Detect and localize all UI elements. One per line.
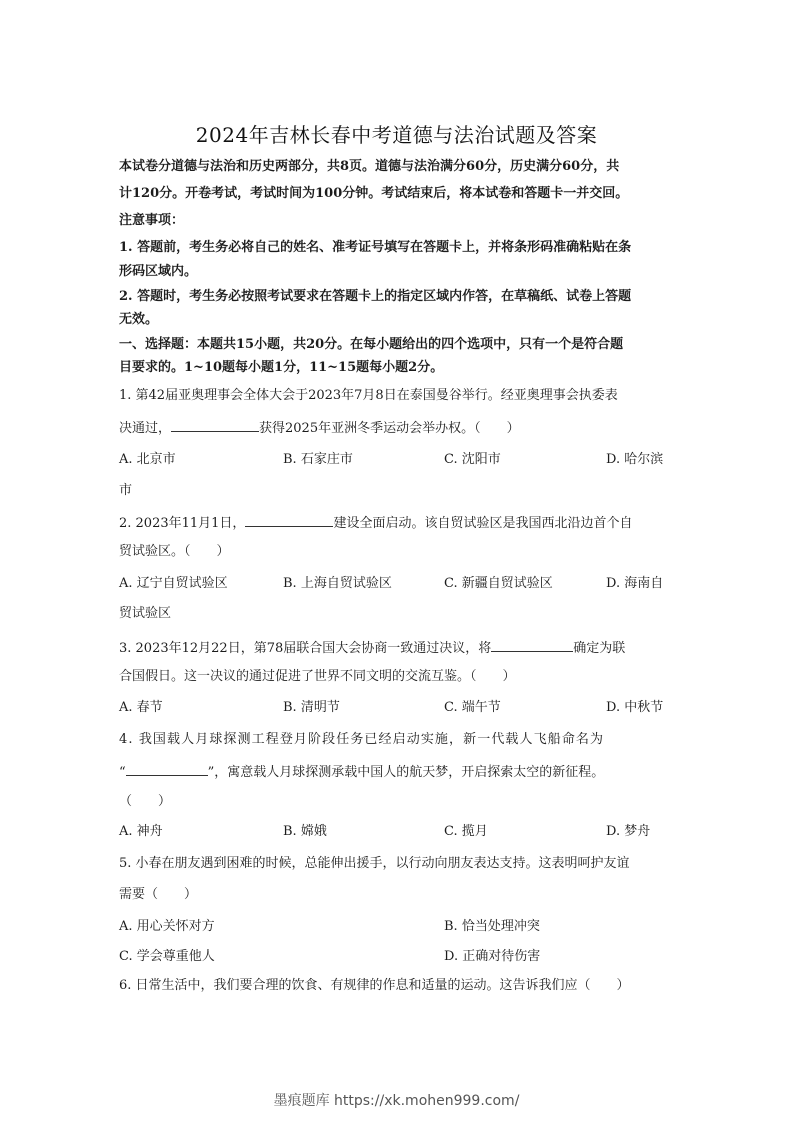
- question-3-line-1: 3. 2023年12月22日，第78届联合国大会协商一致通过决议，将确定为联: [119, 638, 679, 658]
- option-b: B. 恰当处理冲突: [444, 918, 540, 936]
- question-5-line-2: 需要（ ）: [119, 886, 679, 904]
- exam-page: 2024年吉林长春中考道德与法治试题及答案 本试卷分道德与法治和历史两部分，共8…: [0, 0, 793, 1122]
- question-1-line-1: 1. 第42届亚奥理事会全体大会于2023年7月8日在泰国曼谷举行。经亚奥理事会…: [119, 387, 679, 405]
- page-title: 2024年吉林长春中考道德与法治试题及答案: [0, 121, 793, 149]
- question-2-text-before-blank: 2. 2023年11月1日，: [119, 516, 245, 531]
- option-d-wrap: 市: [119, 482, 132, 500]
- option-a: A. 春节: [119, 699, 163, 717]
- option-d: D. 哈尔滨: [606, 451, 663, 469]
- section-heading-line-1: 一、选择题：本题共15小题，共20分。在每小题给出的四个选项中，只有一个是符合题: [119, 336, 679, 354]
- section-heading-line-2: 目要求的。1~10题每小题1分，11~15题每小题2分。: [119, 359, 679, 377]
- option-a: A. 神舟: [119, 823, 163, 841]
- intro-line-2: 计120分。开卷考试，考试时间为100分钟。考试结束后，将本试卷和答题卡一并交回…: [119, 185, 679, 203]
- option-b: B. 嫦娥: [283, 823, 327, 841]
- question-4-line-2: “”，寓意载人月球探测承载中国人的航天梦，开启探索太空的新征程。: [119, 762, 679, 782]
- question-3-line-2: 合国假日。这一决议的通过促进了世界不同文明的交流互鉴。（ ）: [119, 668, 679, 686]
- note-1-line-2: 形码区域内。: [119, 263, 679, 281]
- question-4-line-3: （ ）: [119, 793, 679, 811]
- option-d: D. 正确对待伤害: [444, 948, 540, 966]
- option-c: C. 学会尊重他人: [119, 948, 215, 966]
- question-4-line-1: 4. 我国载人月球探测工程登月阶段任务已经启动实施，新一代载人飞船命名为: [119, 731, 679, 749]
- option-b: B. 上海自贸试验区: [283, 575, 392, 593]
- answer-blank: [491, 638, 573, 652]
- answer-blank: [245, 513, 333, 527]
- question-1-text-before-blank: 决通过，: [119, 421, 171, 436]
- question-3-text-after-blank: 确定为联: [573, 641, 625, 656]
- option-d: D. 海南自: [606, 575, 663, 593]
- question-3-text-before-blank: 3. 2023年12月22日，第78届联合国大会协商一致通过决议，将: [119, 641, 491, 656]
- option-a: A. 北京市: [119, 451, 176, 469]
- option-b: B. 石家庄市: [283, 451, 353, 469]
- option-c: C. 沈阳市: [444, 451, 501, 469]
- option-d-wrap: 贸试验区: [119, 605, 171, 623]
- answer-blank: [171, 418, 259, 432]
- question-2-line-1: 2. 2023年11月1日，建设全面启动。该自贸试验区是我国西北沿边首个自: [119, 513, 679, 533]
- intro-line-1: 本试卷分道德与法治和历史两部分，共8页。道德与法治满分60分，历史满分60分，共: [119, 158, 679, 176]
- question-2-line-2: 贸试验区。（ ）: [119, 543, 679, 561]
- question-6-line-1: 6. 日常生活中，我们要合理的饮食、有规律的作息和适量的运动。这告诉我们应（ ）: [119, 977, 679, 995]
- note-2-line-2: 无效。: [119, 311, 679, 329]
- option-a: A. 用心关怀对方: [119, 918, 215, 936]
- note-1-line-1: 1. 答题前，考生务必将自己的姓名、准考证号填写在答题卡上，并将条形码准确粘贴在…: [119, 239, 679, 257]
- question-5-line-1: 5. 小春在朋友遇到困难的时候，总能伸出援手，以行动向朋友表达支持。这表明呵护友…: [119, 855, 679, 873]
- question-2-text-after-blank: 建设全面启动。该自贸试验区是我国西北沿边首个自: [333, 516, 632, 531]
- option-c: C. 端午节: [444, 699, 501, 717]
- question-1-text-after-blank: 获得2025年亚洲冬季运动会举办权。（ ）: [259, 421, 520, 436]
- note-2-line-1: 2. 答题时，考生务必按照考试要求在答题卡上的指定区域内作答，在草稿纸、试卷上答…: [119, 288, 679, 306]
- option-a: A. 辽宁自贸试验区: [119, 575, 228, 593]
- option-d: D. 中秋节: [606, 699, 663, 717]
- footer-watermark: 墨痕题库 https://xk.mohen999.com/: [0, 1090, 793, 1110]
- question-4-text-before-blank: “: [119, 765, 126, 780]
- option-b: B. 清明节: [283, 699, 340, 717]
- option-c: C. 揽月: [444, 823, 488, 841]
- question-1-line-2: 决通过，获得2025年亚洲冬季运动会举办权。（ ）: [119, 418, 679, 438]
- answer-blank: [126, 762, 208, 776]
- option-c: C. 新疆自贸试验区: [444, 575, 553, 593]
- question-4-text-after-blank: ”，寓意载人月球探测承载中国人的航天梦，开启探索太空的新征程。: [208, 765, 605, 780]
- option-d: D. 梦舟: [606, 823, 650, 841]
- notes-heading: 注意事项：: [119, 212, 679, 230]
